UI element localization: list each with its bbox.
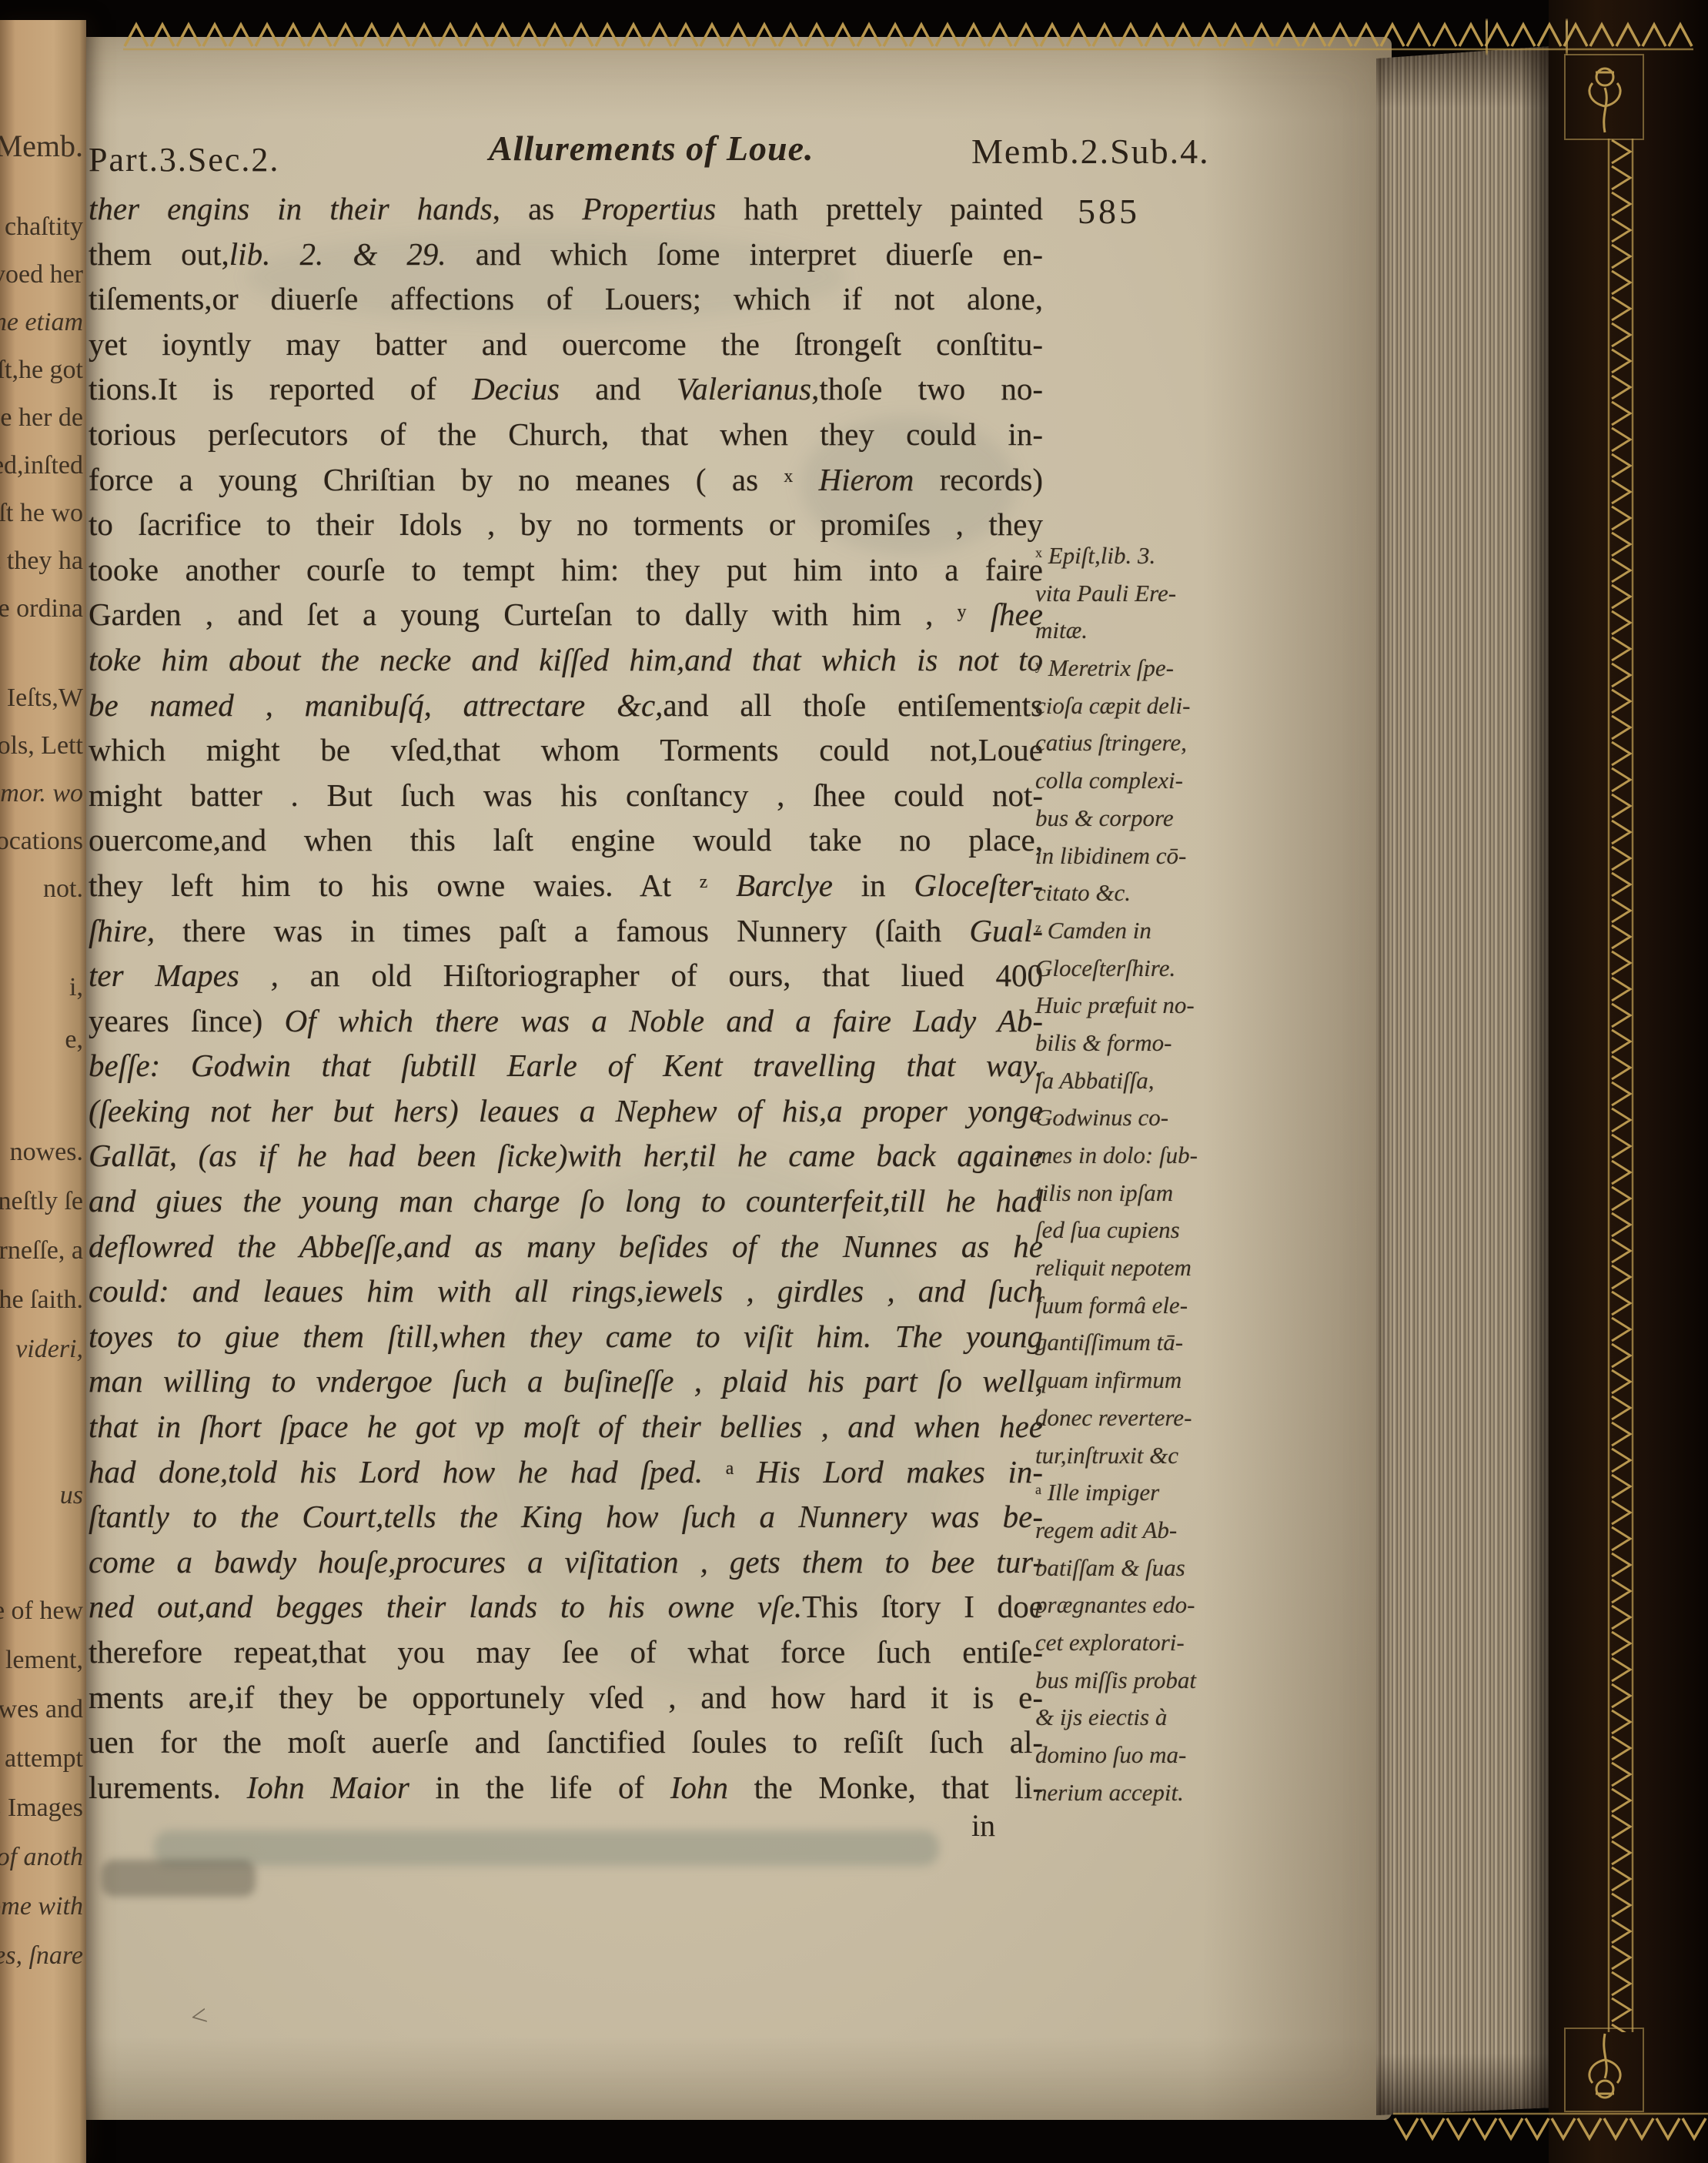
text-line: toyes to giue them ſtill,when they came … — [89, 1314, 1043, 1359]
book-photograph: Part.3.Sec.2. Allurements of Loue. Memb.… — [0, 0, 1708, 2163]
margin-note-line: z Camden in — [1035, 912, 1266, 950]
margin-note-line: bus miſſis probat — [1035, 1662, 1266, 1700]
previous-page-text-fragment: ched,inſted — [0, 451, 83, 480]
previous-page-text-fragment: ange her de — [0, 403, 83, 433]
previous-page-text-fragment: wes and — [0, 1695, 83, 1724]
text-line: be named , manibuſq́, attrectare &c,and … — [89, 683, 1043, 728]
margin-note-line: & ijs eiectis à — [1035, 1699, 1266, 1737]
previous-page-text-fragment: ſome with — [0, 1892, 83, 1921]
margin-notes-column: x Epiſt,lib. 3.vita Pauli Ere-mitæ.y Mer… — [1035, 537, 1266, 1811]
text-line: beſſe: Godwin that ſubtill Earle of Kent… — [89, 1043, 1043, 1088]
margin-note-line: in libidinem cō- — [1035, 837, 1266, 875]
previous-page-text-fragment: innes, ſnare — [0, 1941, 83, 1971]
running-title: Allurements of Loue. — [489, 128, 814, 169]
text-line: tooke another courſe to tempt him: they … — [89, 547, 1043, 593]
text-line: force a young Chriſtian by no meanes ( a… — [89, 457, 1043, 503]
previous-page-text-fragment: lement, — [5, 1646, 83, 1675]
text-line: Garden , and ſet a young Curteſan to dal… — [89, 592, 1043, 637]
text-line: they left him to his owne waies. At z Ba… — [89, 863, 1043, 908]
text-line: ſhire, there was in times paſt a famous … — [89, 908, 1043, 954]
text-line: Gallāt, (as if he had been ſicke)with he… — [89, 1133, 1043, 1178]
text-line: tiſements,or diuerſe affections of Louer… — [89, 276, 1043, 322]
previous-page-text-fragment: Memb. — [0, 128, 83, 164]
text-line: ſtantly to the Court,tells the King how … — [89, 1494, 1043, 1540]
text-line: uen for the moſt auerſe and ſanctified ſ… — [89, 1720, 1043, 1765]
gilt-bottom-border — [1393, 2112, 1708, 2146]
text-line: toke him about the necke and kiſſed him,… — [89, 637, 1043, 683]
text-line: lurements. Iohn Maior in the life of Ioh… — [89, 1765, 1043, 1810]
text-line: which might be vſed,that whom Torments c… — [89, 727, 1043, 773]
margin-note-line: x Epiſt,lib. 3. — [1035, 537, 1266, 575]
margin-note-line: ſa Abbatiſſa, — [1035, 1062, 1266, 1100]
previous-page-text-fragment: i, — [69, 973, 83, 1002]
margin-note-line: mitæ. — [1035, 612, 1266, 650]
margin-note-line: bus & corpore — [1035, 800, 1266, 837]
margin-note-line: batiſſam & ſuas — [1035, 1550, 1266, 1587]
text-line: yeares ſince) Of which there was a Noble… — [89, 998, 1043, 1044]
previous-page-text-fragment: er chaſtity — [0, 212, 83, 242]
text-line: ther engins in their hands, as Propertiu… — [89, 186, 1043, 232]
text-line: (ſeeking not her but hers) leaues a Neph… — [89, 1088, 1043, 1134]
text-line: ned out,and begges their lands to his ow… — [89, 1584, 1043, 1630]
margin-note-line: donec revertere- — [1035, 1399, 1266, 1437]
main-text-column: ther engins in their hands, as Propertiu… — [89, 186, 1043, 1810]
page-number: 585 — [1078, 191, 1140, 232]
previous-page-text-fragment: not. — [43, 874, 83, 904]
previous-page-text-fragment: videri, — [15, 1335, 83, 1364]
text-line: deflowred the Abbeſſe,and as many beſide… — [89, 1224, 1043, 1269]
previous-page-text-fragment: tone etiam — [0, 308, 83, 337]
previous-page-text-fragment: rneſtly ſe — [0, 1187, 83, 1216]
catchword: in — [971, 1807, 995, 1844]
margin-note-line: ſed ſua cupiens — [1035, 1212, 1266, 1249]
previous-page-text-fragment: e, — [65, 1025, 83, 1055]
margin-note-line: cioſa cæpit deli- — [1035, 687, 1266, 725]
text-line: had done,told his Lord how he had ſped. … — [89, 1449, 1043, 1495]
bleedthrough-smudge — [102, 1860, 256, 1897]
text-line: them out,lib. 2. & 29. and which ſome in… — [89, 232, 1043, 277]
previous-page-text-fragment: eſt,he got — [0, 356, 83, 385]
gilt-line — [1486, 18, 1488, 55]
margin-note-line: citato &c. — [1035, 874, 1266, 912]
previous-page-text-fragment: hoſe ordina — [0, 594, 83, 623]
text-line: therefore repeat,that you may ſee of wha… — [89, 1630, 1043, 1675]
gilt-corner-ornament-bottom — [1570, 2031, 1639, 2108]
gilt-top-border — [123, 18, 1693, 52]
fore-edge-pages — [1376, 46, 1552, 2115]
margin-note-line: nerium accepit. — [1035, 1774, 1266, 1812]
margin-note-line: gantiſſimum tā- — [1035, 1324, 1266, 1362]
text-line: could: and leaues him with all rings,iew… — [89, 1269, 1043, 1314]
gilt-line — [1566, 18, 1568, 55]
margin-note-line: quam infirmum — [1035, 1362, 1266, 1399]
margin-note-line: tur,inſtruxit &c — [1035, 1437, 1266, 1475]
gilt-right-border — [1607, 139, 1635, 2032]
gilt-corner-ornament-top — [1570, 59, 1639, 135]
previous-page-text-fragment: ouocations — [0, 827, 83, 856]
margin-note-line: ſuum formâ ele- — [1035, 1287, 1266, 1325]
text-line: and giues the young man charge ſo long t… — [89, 1178, 1043, 1224]
text-line: ouercome,and when this laſt engine would… — [89, 817, 1043, 863]
text-line: might batter . But ſuch was his conſtanc… — [89, 773, 1043, 818]
margin-note-line: reliquit nepotem — [1035, 1249, 1266, 1287]
previous-page-text-fragment: rneſſe, a — [0, 1236, 83, 1265]
margin-note-line: regem adit Ab- — [1035, 1512, 1266, 1550]
section-header-left: Part.3.Sec.2. — [89, 140, 279, 179]
margin-note-line: tilis non ipſam — [1035, 1175, 1266, 1212]
margin-note-line: vita Pauli Ere- — [1035, 575, 1266, 613]
text-line: ments are,if they be opportunely vſed , … — [89, 1675, 1043, 1720]
margin-note-line: y Meretrix ſpe- — [1035, 650, 1266, 687]
previous-page-text-fragment: , Ieſts,W — [0, 684, 83, 713]
margin-note-line: mes in dolo: ſub- — [1035, 1137, 1266, 1175]
text-line: come a bawdy houſe,procures a viſitation… — [89, 1540, 1043, 1585]
previous-page-text-fragment: nowes. — [10, 1138, 83, 1167]
margin-note-line: prægnantes edo- — [1035, 1586, 1266, 1624]
text-line: to ſacrifice to their Idols , by no torm… — [89, 502, 1043, 547]
previous-page-text-fragment: amor. wo — [0, 779, 83, 808]
margin-note-line: cet exploratori- — [1035, 1624, 1266, 1662]
text-line: torious perſecutors of the Church, that … — [89, 412, 1043, 457]
previous-page-text-fragment: ut they ha — [0, 547, 83, 576]
margin-note-line: Godwinus co- — [1035, 1099, 1266, 1137]
previous-page-text-fragment: bols, Lett — [0, 731, 83, 761]
previous-page-text-fragment: hilſt he wo — [0, 499, 83, 528]
previous-page-text-fragment: his Images — [0, 1794, 83, 1823]
margin-note-line: catius ſtringere, — [1035, 724, 1266, 762]
previous-page-text-fragment: can attempt — [0, 1744, 83, 1774]
text-line: that in ſhort ſpace he got vp moſt of th… — [89, 1404, 1043, 1449]
text-line: ter Mapes , an old Hiſtoriographer of ou… — [89, 953, 1043, 998]
margin-note-line: Gloceſterſhire. — [1035, 950, 1266, 988]
margin-note-line: colla complexi- — [1035, 762, 1266, 800]
previous-page-text-fragment: voed her — [0, 260, 83, 289]
previous-page-text-fragment: ome of anoth — [0, 1843, 83, 1872]
margin-note-line: domino ſuo ma- — [1035, 1737, 1266, 1774]
previous-page-text-fragment: aire of hew — [0, 1596, 83, 1626]
previous-page-edge: Memb.er chaſtityvoed hertone etiameſt,he… — [0, 20, 86, 2163]
text-line: tions.It is reported of Decius and Valer… — [89, 366, 1043, 412]
previous-page-text-fragment: he ſaith. — [0, 1285, 83, 1315]
previous-page-text-fragment: us — [60, 1481, 83, 1510]
text-line: yet ioyntly may batter and ouercome the … — [89, 322, 1043, 367]
text-line: man willing to vndergoe ſuch a buſineſſe… — [89, 1359, 1043, 1404]
bleedthrough-smudge — [154, 1830, 939, 1866]
margin-note-line: Huic præfuit no- — [1035, 987, 1266, 1025]
margin-note-line: bilis & formo- — [1035, 1025, 1266, 1062]
section-header-right: Memb.2.Sub.4. — [971, 131, 1210, 172]
margin-note-line: a Ille impiger — [1035, 1474, 1266, 1512]
